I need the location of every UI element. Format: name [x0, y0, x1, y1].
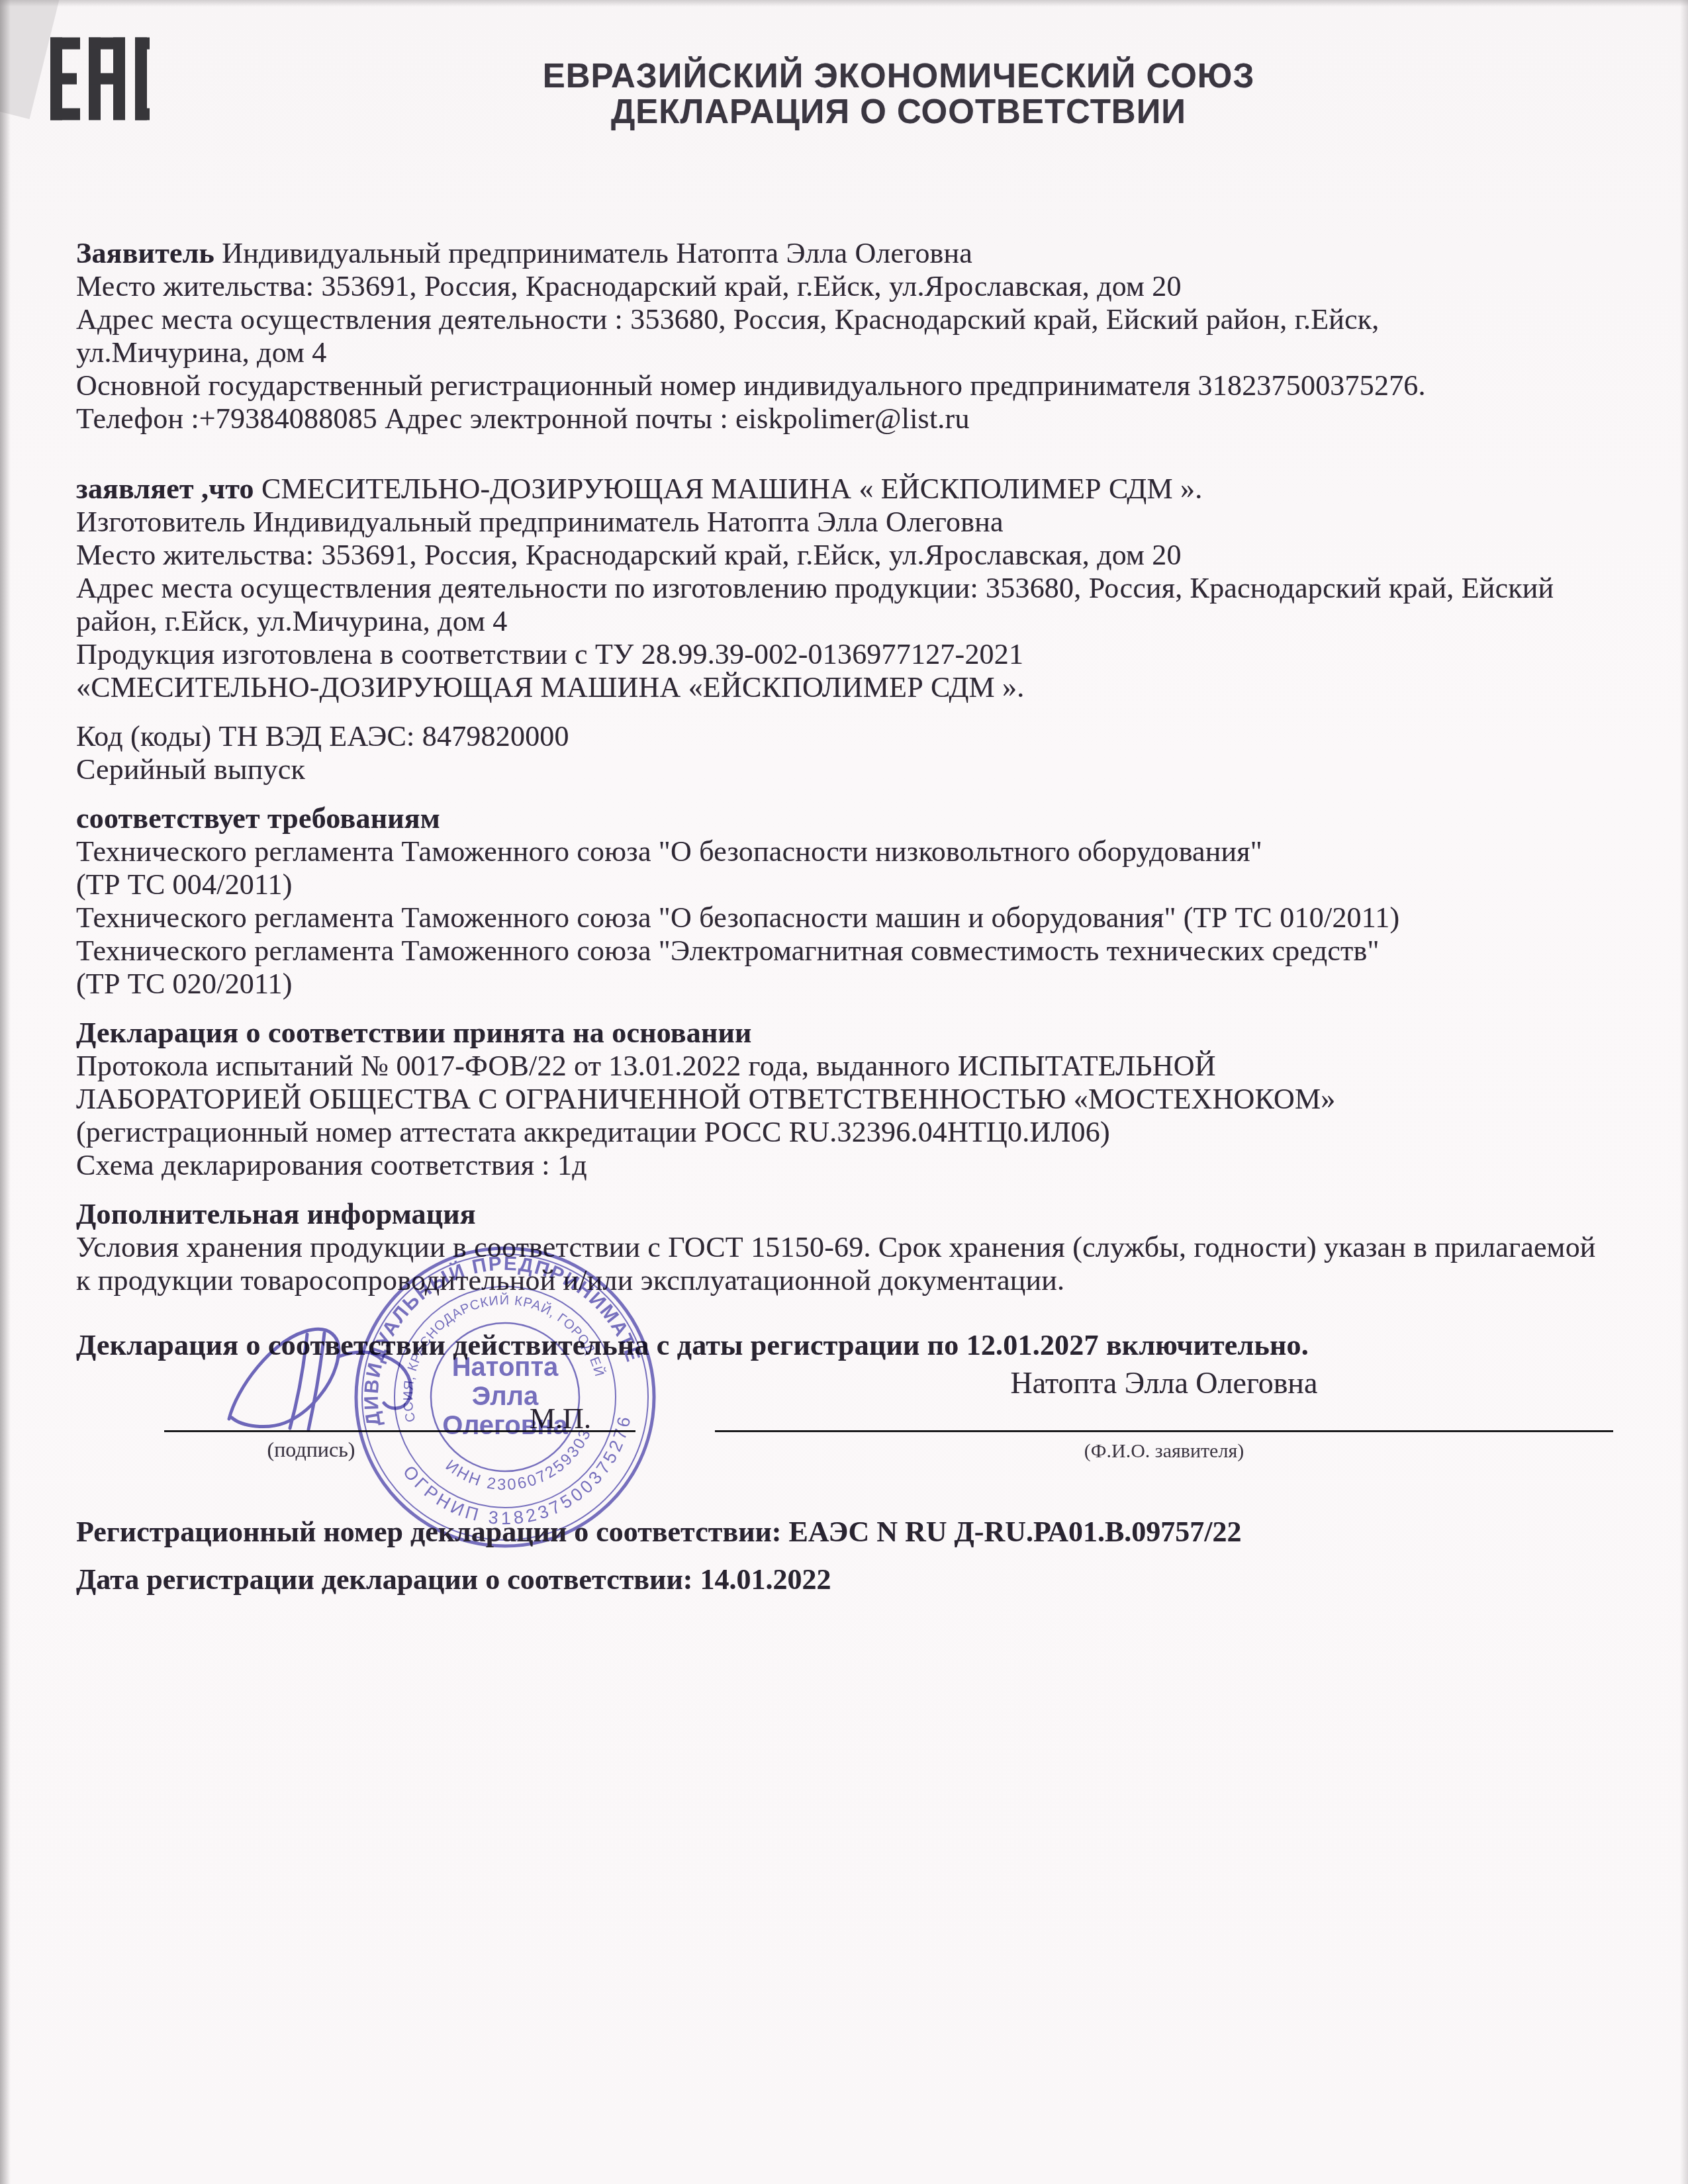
stamp-center-name-2: Элла [472, 1382, 539, 1411]
basis-line: (регистрационный номер аттестата аккреди… [76, 1116, 1613, 1149]
header-union-name: ЕВРАЗИЙСКИЙ ЭКОНОМИЧЕСКИЙ СОЮЗ [109, 58, 1688, 94]
serial-line: Серийный выпуск [76, 753, 1613, 786]
compliance-item: Технического регламента Таможенного союз… [76, 835, 1613, 868]
basis-heading: Декларация о соответствии принята на осн… [76, 1017, 1613, 1050]
applicant-activity-address: Адрес места осуществления деятельности :… [76, 303, 1559, 369]
basis-line: ЛАБОРАТОРИЕЙ ОБЩЕСТВА С ОГРАНИЧЕННОЙ ОТВ… [76, 1083, 1613, 1116]
header-doc-title: ДЕКЛАРАЦИЯ О СООТВЕТСТВИИ [109, 94, 1688, 130]
document-header: ЕВРАЗИЙСКИЙ ЭКОНОМИЧЕСКИЙ СОЮЗ ДЕКЛАРАЦИ… [0, 58, 1688, 130]
scan-shadow-top [0, 0, 1688, 7]
registration-date-line: Дата регистрации декларации о соответств… [76, 1563, 1613, 1596]
applicant-ogrnip: Основной государственный регистрационный… [76, 369, 1613, 402]
compliance-heading: соответствует требованиям [76, 802, 1613, 835]
applicant-name: Индивидуальный предприниматель Натопта Э… [214, 237, 972, 269]
declaration-of-conformity-document: ЕВРАЗИЙСКИЙ ЭКОНОМИЧЕСКИЙ СОЮЗ ДЕКЛАРАЦИ… [0, 0, 1688, 2184]
additional-info-text: Условия хранения продукции в соответстви… [76, 1231, 1613, 1297]
tu-line: Продукция изготовлена в соответствии с Т… [76, 638, 1613, 671]
product-repeat-line: «СМЕСИТЕЛЬНО-ДОЗИРУЮЩАЯ МАШИНА «ЕЙСКПОЛИ… [76, 671, 1613, 704]
basis-line: Протокола испытаний № 0017-ФОВ/22 от 13.… [76, 1050, 1613, 1083]
fio-line [715, 1430, 1613, 1432]
registration-block: Регистрационный номер декларации о соотв… [76, 1516, 1613, 1596]
applicant-residence: Место жительства: 353691, Россия, Красно… [76, 270, 1613, 303]
registration-number-line: Регистрационный номер декларации о соотв… [76, 1516, 1613, 1549]
fio-caption: (Ф.И.О. заявителя) [715, 1440, 1613, 1463]
basis-line: Схема декларирования соответствия : 1д [76, 1149, 1613, 1182]
compliance-item: (ТР ТС 020/2011) [76, 968, 1613, 1001]
applicant-line: Заявитель Индивидуальный предприниматель… [76, 237, 1613, 270]
applicant-contacts: Телефон :+79384088085 Адрес электронной … [76, 402, 1613, 435]
stamp-center-name-3: Олеговна [442, 1411, 568, 1440]
round-ink-stamp: ИНДИВИДУАЛЬНЫЙ ПРЕДПРИНИМАТЕЛЬ ОГРНИП 31… [350, 1242, 661, 1553]
document-body: Заявитель Индивидуальный предприниматель… [76, 237, 1613, 1362]
scan-shadow-left [0, 0, 11, 2184]
product-name: СМЕСИТЕЛЬНО-ДОЗИРУЮЩАЯ МАШИНА « ЕЙСКПОЛИ… [254, 473, 1203, 505]
declares-label: заявляет ,что [76, 473, 254, 505]
production-address: Адрес места осуществления деятельности п… [76, 572, 1613, 638]
declares-line: заявляет ,что СМЕСИТЕЛЬНО-ДОЗИРУЮЩАЯ МАШ… [76, 473, 1613, 506]
additional-info-heading: Дополнительная информация [76, 1198, 1613, 1231]
compliance-item: Технического регламента Таможенного союз… [76, 901, 1613, 934]
compliance-item: Технического регламента Таможенного союз… [76, 934, 1613, 968]
scan-shadow-right [1680, 0, 1688, 2184]
applicant-fio: Натопта Элла Олеговна [715, 1365, 1613, 1400]
manufacturer-residence: Место жительства: 353691, Россия, Красно… [76, 539, 1613, 572]
applicant-label: Заявитель [76, 237, 214, 269]
compliance-item: (ТР ТС 004/2011) [76, 868, 1613, 901]
manufacturer-line: Изготовитель Индивидуальный предпринимат… [76, 506, 1613, 539]
tnved-line: Код (коды) ТН ВЭД ЕАЭС: 8479820000 [76, 720, 1613, 753]
stamp-center-name-1: Натопта [452, 1353, 559, 1382]
